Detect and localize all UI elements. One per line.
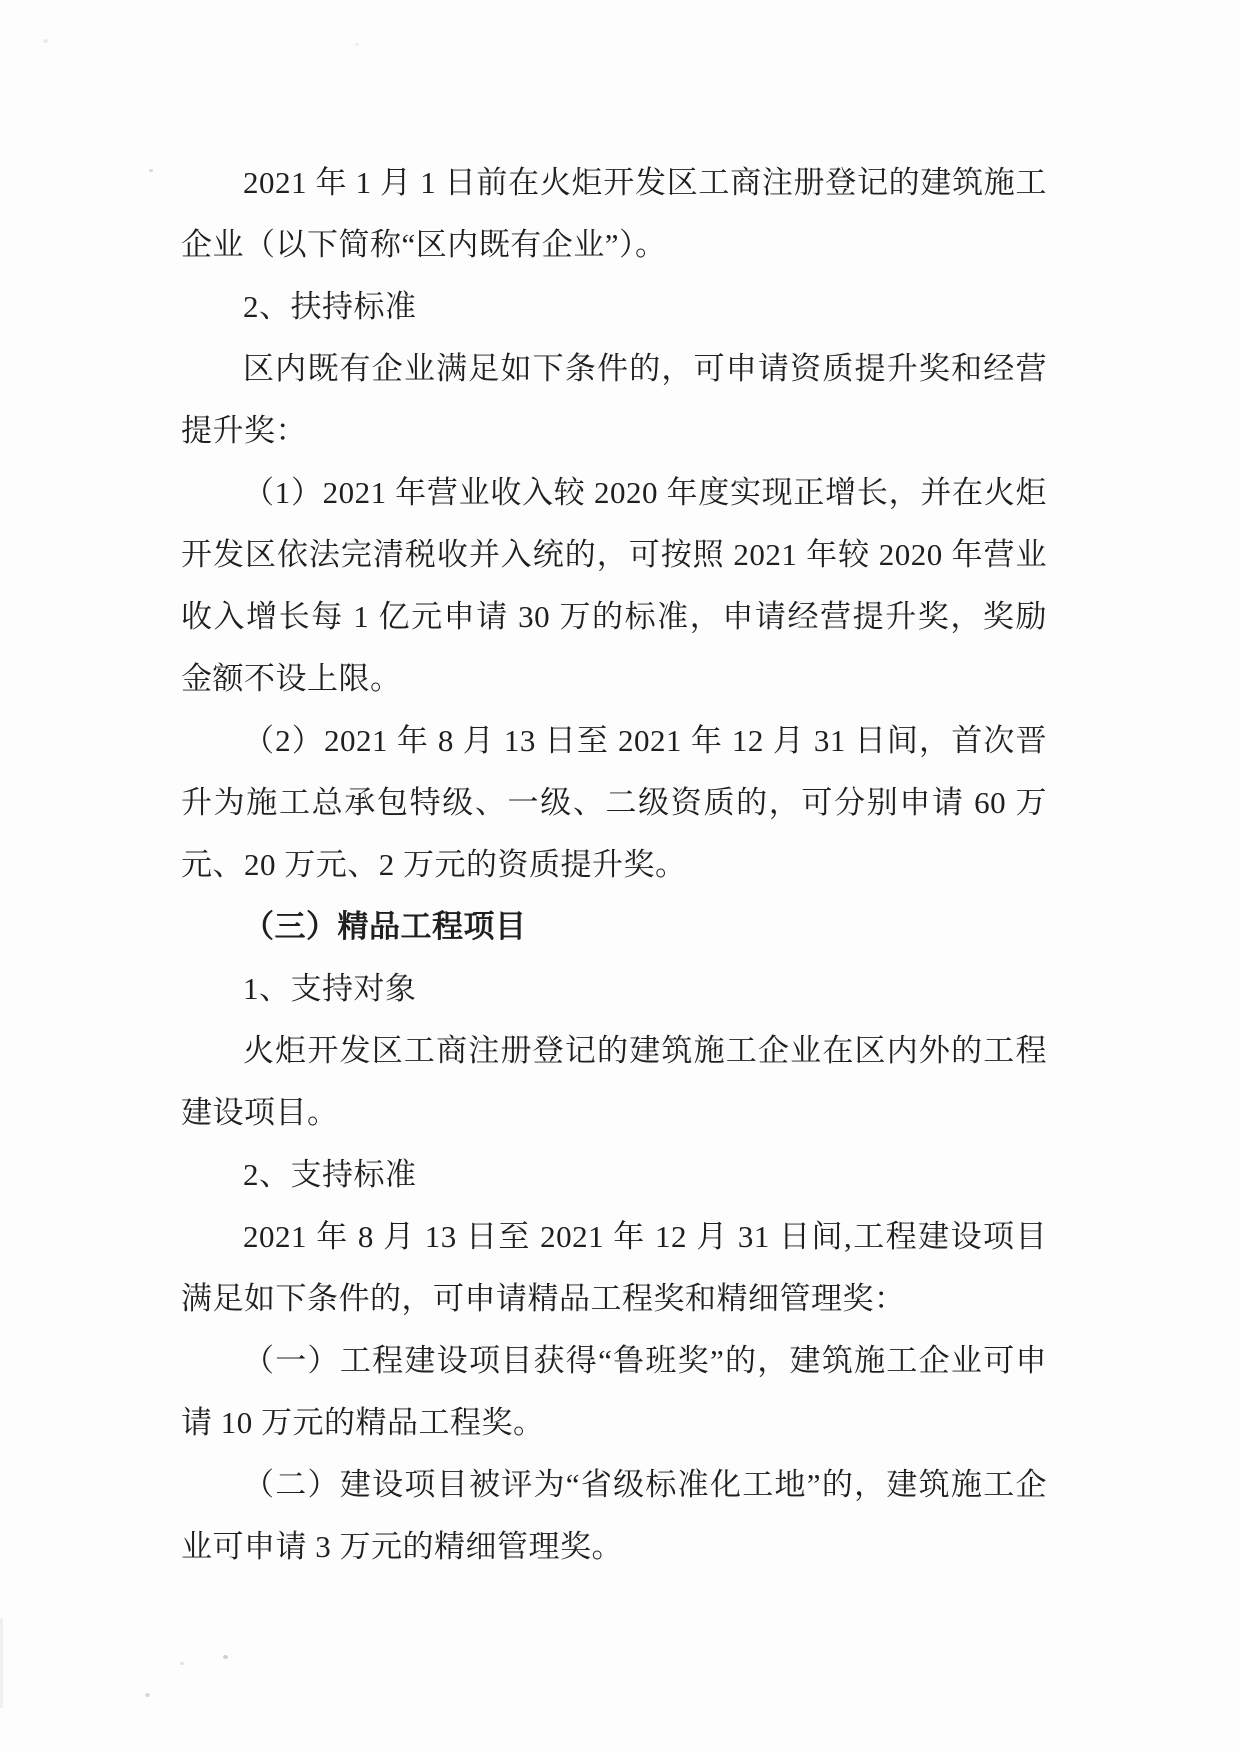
scan-speck [145,1693,150,1697]
paragraph-support-target-label: 1、支持对象 [181,958,1047,1020]
scan-edge-smudge [0,1618,3,1708]
scan-speck [43,39,48,43]
paragraph-item-2-standardized-site-award: （二）建设项目被评为“省级标准化工地”的，建筑施工企业可申请 3 万元的精细管理… [181,1454,1047,1578]
paragraph-award-conditions-intro: 区内既有企业满足如下条件的，可申请资质提升奖和经营提升奖： [181,338,1047,462]
heading-premium-project-section: （三）精品工程项目 [181,896,1047,958]
paragraph-item-1-luban-award: （一）工程建设项目获得“鲁班奖”的，建筑施工企业可申请 10 万元的精品工程奖。 [181,1330,1047,1454]
paragraph-support-target-scope: 火炬开发区工商注册登记的建筑施工企业在区内外的工程建设项目。 [181,1020,1047,1144]
document-page: 2021 年 1 月 1 日前在火炬开发区工商注册登记的建筑施工企业（以下简称“… [0,0,1240,1752]
scan-speck [223,1655,228,1659]
scan-speck [149,169,153,172]
scan-speck [180,1662,184,1665]
scan-speck [355,43,359,46]
paragraph-item-2-qualification-upgrade-award: （2）2021 年 8 月 13 日至 2021 年 12 月 31 日间，首次… [181,710,1047,896]
document-body: 2021 年 1 月 1 日前在火炬开发区工商注册登记的建筑施工企业（以下简称“… [181,152,1047,1578]
paragraph-project-award-conditions-intro: 2021 年 8 月 13 日至 2021 年 12 月 31 日间,工程建设项… [181,1206,1047,1330]
paragraph-item-1-revenue-growth-award: （1）2021 年营业收入较 2020 年度实现正增长，并在火炬开发区依法完清税… [181,462,1047,710]
paragraph-support-standard-label: 2、扶持标准 [181,276,1047,338]
paragraph-registered-enterprises-definition: 2021 年 1 月 1 日前在火炬开发区工商注册登记的建筑施工企业（以下简称“… [181,152,1047,276]
paragraph-support-standard-label-2: 2、支持标准 [181,1144,1047,1206]
